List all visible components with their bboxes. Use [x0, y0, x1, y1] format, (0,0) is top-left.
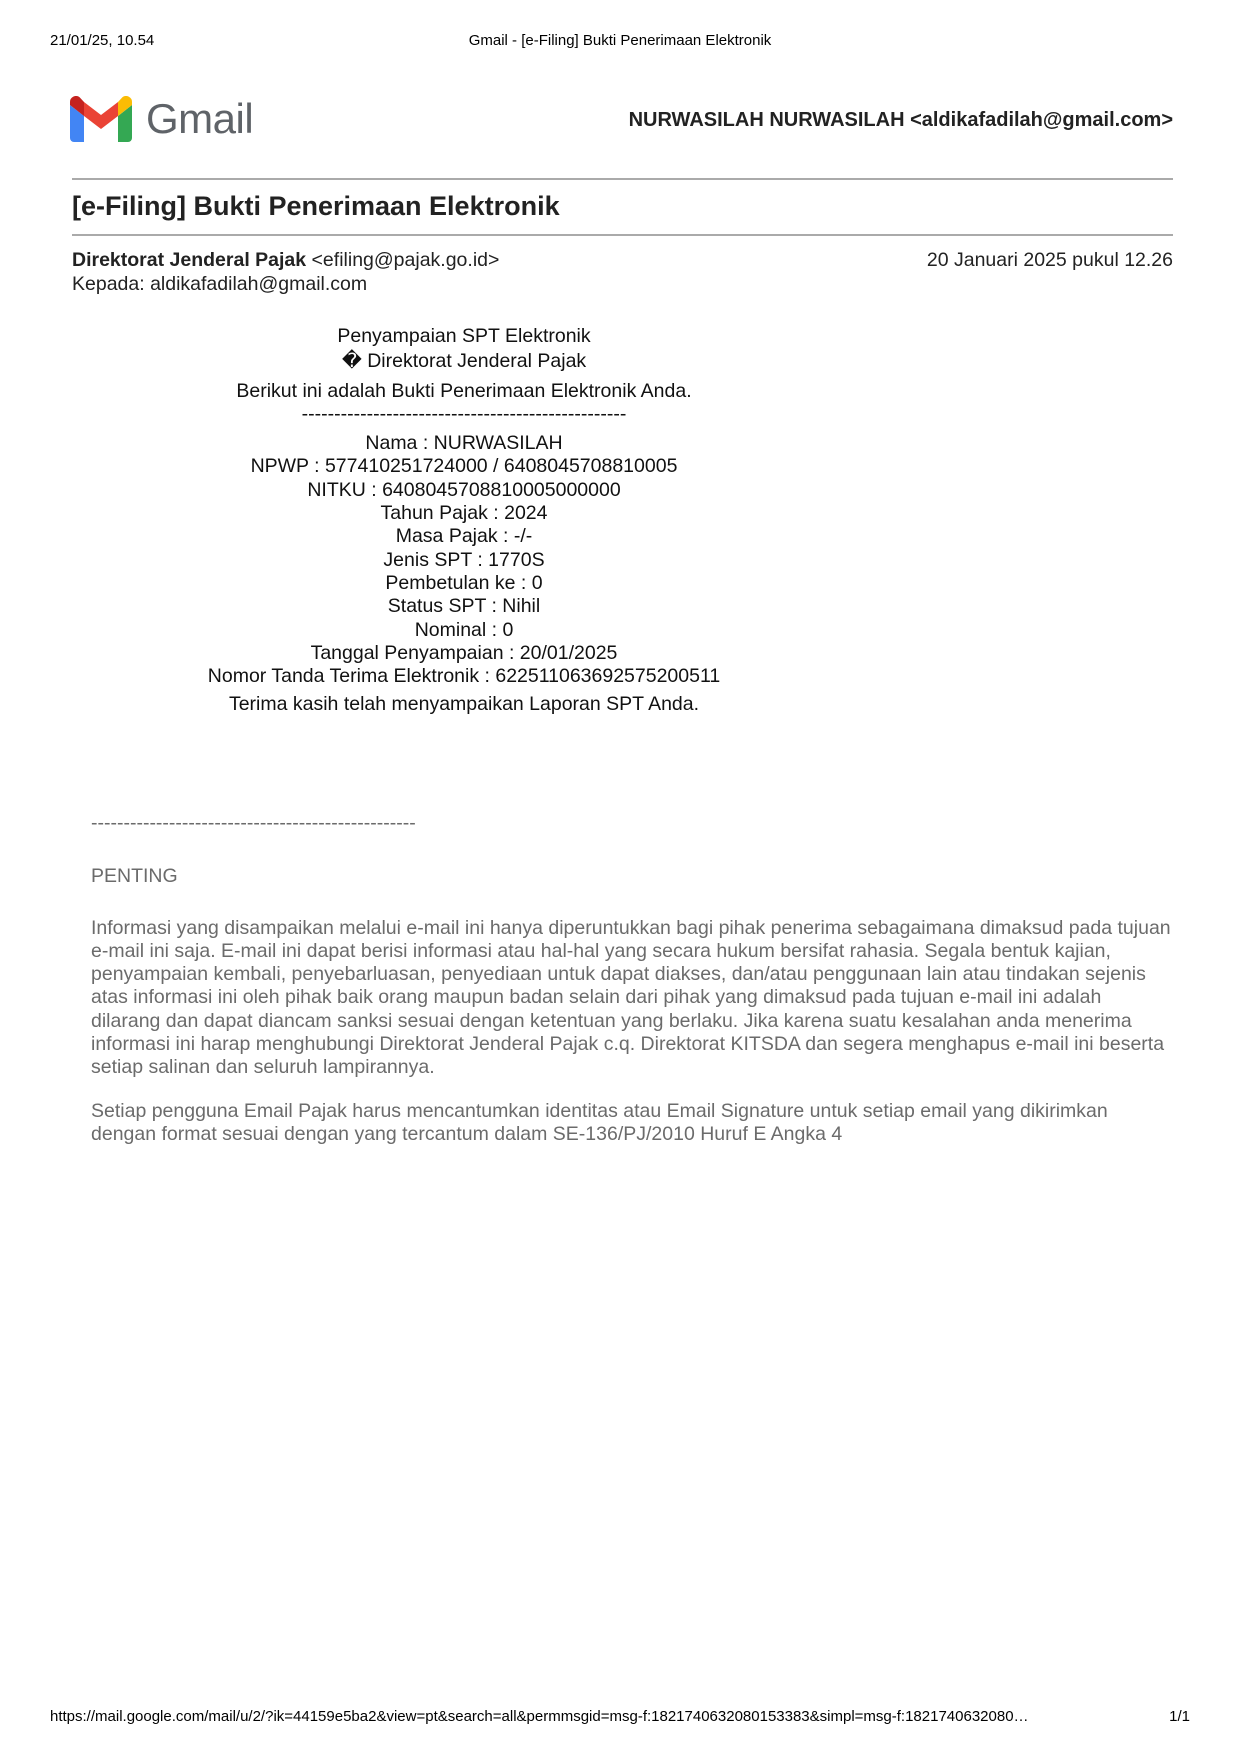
receipt-heading: Penyampaian SPT Elektronik: [164, 325, 764, 348]
disclaimer: ----------------------------------------…: [91, 812, 1171, 1146]
email-subject: [e-Filing] Bukti Penerimaan Elektronik: [72, 191, 560, 222]
print-title: Gmail - [e-Filing] Bukti Penerimaan Elek…: [0, 32, 1240, 49]
gmail-logo: Gmail: [70, 94, 253, 144]
receipt-field: Nomor Tanda Terima Elektronik : 62251106…: [164, 665, 764, 688]
divider: [72, 234, 1173, 236]
receipt-intro: Berikut ini adalah Bukti Penerimaan Elek…: [164, 380, 764, 403]
receipt-org: � Direktorat Jenderal Pajak: [164, 350, 764, 373]
account-identity: NURWASILAH NURWASILAH <aldikafadilah@gma…: [629, 109, 1173, 132]
receipt-field: Status SPT : Nihil: [164, 595, 764, 618]
email-sender: Direktorat Jenderal Pajak <efiling@pajak…: [72, 249, 499, 272]
receipt-field: Pembetulan ke : 0: [164, 572, 764, 595]
receipt-body: Penyampaian SPT Elektronik � Direktorat …: [164, 325, 764, 717]
receipt-field: Tahun Pajak : 2024: [164, 502, 764, 525]
disclaimer-paragraph: Informasi yang disampaikan melalui e-mai…: [91, 917, 1171, 1080]
receipt-separator: ----------------------------------------…: [164, 403, 764, 426]
gmail-m-logo-icon: [70, 96, 132, 142]
receipt-closing: Terima kasih telah menyampaikan Laporan …: [164, 693, 764, 716]
disclaimer-separator: ----------------------------------------…: [91, 812, 1171, 835]
receipt-field: Masa Pajak : -/-: [164, 525, 764, 548]
receipt-fields: Nama : NURWASILAHNPWP : 577410251724000 …: [164, 432, 764, 688]
sender-name: Direktorat Jenderal Pajak: [72, 249, 306, 271]
disclaimer-title: PENTING: [91, 865, 1171, 888]
receipt-field: Tanggal Penyampaian : 20/01/2025: [164, 642, 764, 665]
email-date: 20 Januari 2025 pukul 12.26: [927, 249, 1173, 272]
sender-email: <efiling@pajak.go.id>: [312, 249, 500, 271]
receipt-field: Nominal : 0: [164, 619, 764, 642]
gmail-wordmark: Gmail: [146, 98, 253, 140]
signature-notice: Setiap pengguna Email Pajak harus mencan…: [91, 1100, 1171, 1147]
divider: [72, 178, 1173, 180]
receipt-field: Nama : NURWASILAH: [164, 432, 764, 455]
receipt-field: NPWP : 577410251724000 / 640804570881000…: [164, 455, 764, 478]
receipt-field: Jenis SPT : 1770S: [164, 549, 764, 572]
page-number: 1/1: [1169, 1708, 1190, 1725]
receipt-field: NITKU : 6408045708810005000000: [164, 479, 764, 502]
print-url: https://mail.google.com/mail/u/2/?ik=441…: [50, 1708, 1130, 1725]
email-recipient: Kepada: aldikafadilah@gmail.com: [72, 273, 367, 296]
